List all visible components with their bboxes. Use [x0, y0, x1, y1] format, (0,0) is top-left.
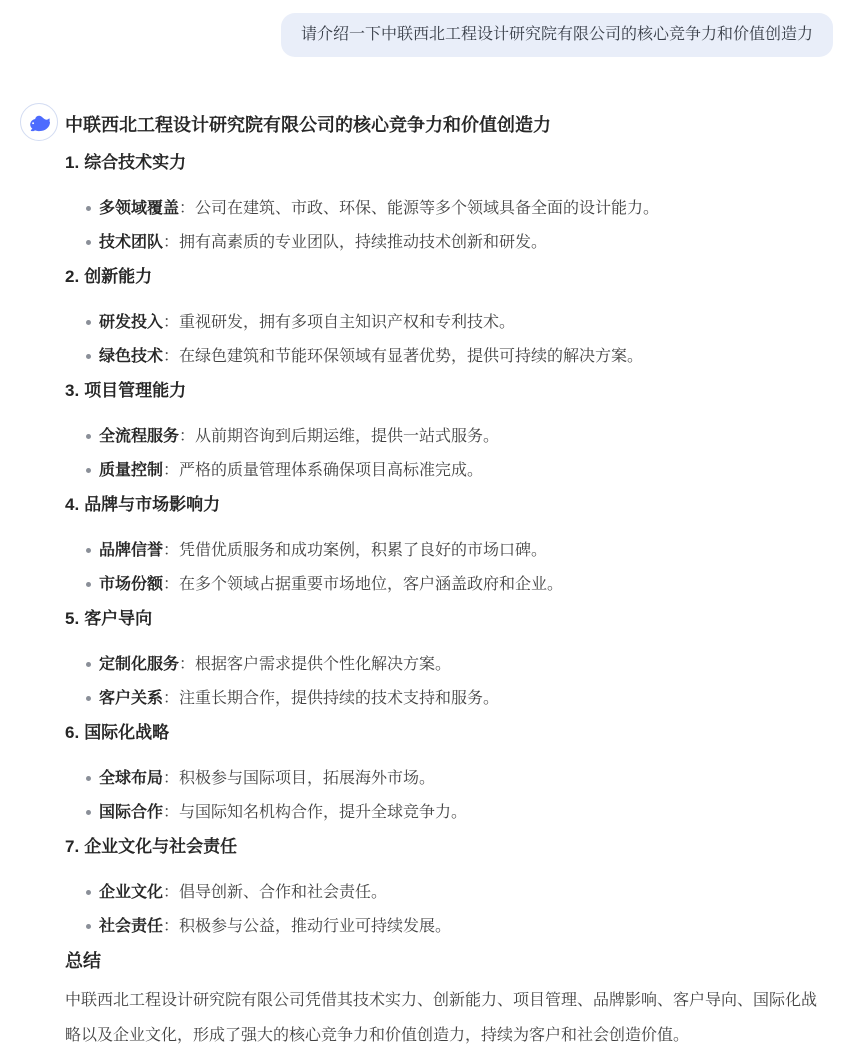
section-number: 2. — [65, 267, 79, 286]
section-heading-text: 客户导向 — [84, 609, 152, 628]
item-term: 多领域覆盖 — [99, 200, 179, 217]
assistant-message-row: 中联西北工程设计研究院有限公司的核心竞争力和价值创造力 1.综合技术实力 多领域… — [0, 103, 851, 1053]
section-heading: 3.项目管理能力 — [65, 381, 823, 400]
response-section: 5.客户导向 定制化服务：根据客户需求提供个性化解决方案。 客户关系：注重长期合… — [65, 609, 823, 708]
item-desc: ：根据客户需求提供个性化解决方案。 — [179, 656, 451, 673]
section-number: 4. — [65, 495, 79, 514]
section-number: 3. — [65, 381, 79, 400]
section-heading-text: 企业文化与社会责任 — [84, 837, 237, 856]
item-term: 市场份额 — [99, 576, 163, 593]
bullet-list: 多领域覆盖：公司在建筑、市政、环保、能源等多个领域具备全面的设计能力。 技术团队… — [65, 199, 823, 252]
item-term: 定制化服务 — [99, 656, 179, 673]
item-term: 全流程服务 — [99, 428, 179, 445]
section-heading: 2.创新能力 — [65, 267, 823, 286]
response-section: 6.国际化战略 全球布局：积极参与国际项目，拓展海外市场。 国际合作：与国际知名… — [65, 723, 823, 822]
list-item: 客户关系：注重长期合作，提供持续的技术支持和服务。 — [65, 689, 823, 708]
item-term: 社会责任 — [99, 918, 163, 935]
section-heading-text: 国际化战略 — [84, 723, 169, 742]
item-desc: ：拥有高素质的专业团队，持续推动技术创新和研发。 — [163, 234, 547, 251]
bullet-list: 企业文化：倡导创新、合作和社会责任。 社会责任：积极参与公益，推动行业可持续发展… — [65, 883, 823, 936]
list-item: 社会责任：积极参与公益，推动行业可持续发展。 — [65, 917, 823, 936]
list-item: 定制化服务：根据客户需求提供个性化解决方案。 — [65, 655, 823, 674]
response-section: 1.综合技术实力 多领域覆盖：公司在建筑、市政、环保、能源等多个领域具备全面的设… — [65, 153, 823, 252]
list-item: 质量控制：严格的质量管理体系确保项目高标准完成。 — [65, 461, 823, 480]
item-desc: ：积极参与公益，推动行业可持续发展。 — [163, 918, 451, 935]
section-heading: 1.综合技术实力 — [65, 153, 823, 172]
item-term: 质量控制 — [99, 462, 163, 479]
user-message-text: 请介绍一下中联西北工程设计研究院有限公司的核心竞争力和价值创造力 — [301, 26, 813, 43]
list-item: 品牌信誉：凭借优质服务和成功案例，积累了良好的市场口碑。 — [65, 541, 823, 560]
item-term: 国际合作 — [99, 804, 163, 821]
item-desc: ：从前期咨询到后期运维，提供一站式服务。 — [179, 428, 499, 445]
item-term: 全球布局 — [99, 770, 163, 787]
summary-paragraph: 中联西北工程设计研究院有限公司凭借其技术实力、创新能力、项目管理、品牌影响、客户… — [65, 983, 823, 1053]
bullet-list: 全球布局：积极参与国际项目，拓展海外市场。 国际合作：与国际知名机构合作，提升全… — [65, 769, 823, 822]
section-number: 1. — [65, 153, 79, 172]
assistant-avatar — [20, 103, 58, 141]
bullet-list: 研发投入：重视研发，拥有多项自主知识产权和专利技术。 绿色技术：在绿色建筑和节能… — [65, 313, 823, 366]
item-desc: ：严格的质量管理体系确保项目高标准完成。 — [163, 462, 483, 479]
item-term: 品牌信誉 — [99, 542, 163, 559]
section-heading-text: 项目管理能力 — [84, 381, 186, 400]
user-message-row: 请介绍一下中联西北工程设计研究院有限公司的核心竞争力和价值创造力 — [0, 0, 851, 57]
item-desc: ：与国际知名机构合作，提升全球竞争力。 — [163, 804, 467, 821]
bullet-list: 品牌信誉：凭借优质服务和成功案例，积累了良好的市场口碑。 市场份额：在多个领域占… — [65, 541, 823, 594]
item-desc: ：公司在建筑、市政、环保、能源等多个领域具备全面的设计能力。 — [179, 200, 659, 217]
section-number: 6. — [65, 723, 79, 742]
list-item: 企业文化：倡导创新、合作和社会责任。 — [65, 883, 823, 902]
section-heading-text: 品牌与市场影响力 — [84, 495, 220, 514]
item-desc: ：凭借优质服务和成功案例，积累了良好的市场口碑。 — [163, 542, 547, 559]
item-desc: ：倡导创新、合作和社会责任。 — [163, 884, 387, 901]
item-term: 绿色技术 — [99, 348, 163, 365]
assistant-message-content: 中联西北工程设计研究院有限公司的核心竞争力和价值创造力 1.综合技术实力 多领域… — [65, 103, 823, 1053]
user-message-bubble: 请介绍一下中联西北工程设计研究院有限公司的核心竞争力和价值创造力 — [281, 13, 833, 57]
section-heading-text: 综合技术实力 — [84, 153, 186, 172]
chat-page: 请介绍一下中联西北工程设计研究院有限公司的核心竞争力和价值创造力 中联西北工程设… — [0, 0, 851, 1053]
section-number: 5. — [65, 609, 79, 628]
response-section: 2.创新能力 研发投入：重视研发，拥有多项自主知识产权和专利技术。 绿色技术：在… — [65, 267, 823, 366]
bullet-list: 全流程服务：从前期咨询到后期运维，提供一站式服务。 质量控制：严格的质量管理体系… — [65, 427, 823, 480]
response-section: 3.项目管理能力 全流程服务：从前期咨询到后期运维，提供一站式服务。 质量控制：… — [65, 381, 823, 480]
item-term: 企业文化 — [99, 884, 163, 901]
response-section: 4.品牌与市场影响力 品牌信誉：凭借优质服务和成功案例，积累了良好的市场口碑。 … — [65, 495, 823, 594]
item-desc: ：积极参与国际项目，拓展海外市场。 — [163, 770, 435, 787]
item-term: 客户关系 — [99, 690, 163, 707]
list-item: 绿色技术：在绿色建筑和节能环保领域有显著优势，提供可持续的解决方案。 — [65, 347, 823, 366]
list-item: 国际合作：与国际知名机构合作，提升全球竞争力。 — [65, 803, 823, 822]
list-item: 全球布局：积极参与国际项目，拓展海外市场。 — [65, 769, 823, 788]
response-section: 7.企业文化与社会责任 企业文化：倡导创新、合作和社会责任。 社会责任：积极参与… — [65, 837, 823, 936]
deepseek-whale-icon — [27, 110, 52, 135]
section-number: 7. — [65, 837, 79, 856]
bullet-list: 定制化服务：根据客户需求提供个性化解决方案。 客户关系：注重长期合作，提供持续的… — [65, 655, 823, 708]
list-item: 技术团队：拥有高素质的专业团队，持续推动技术创新和研发。 — [65, 233, 823, 252]
section-heading: 4.品牌与市场影响力 — [65, 495, 823, 514]
list-item: 多领域覆盖：公司在建筑、市政、环保、能源等多个领域具备全面的设计能力。 — [65, 199, 823, 218]
response-title: 中联西北工程设计研究院有限公司的核心竞争力和价值创造力 — [65, 115, 823, 136]
item-term: 技术团队 — [99, 234, 163, 251]
section-heading: 6.国际化战略 — [65, 723, 823, 742]
item-desc: ：重视研发，拥有多项自主知识产权和专利技术。 — [163, 314, 515, 331]
item-term: 研发投入 — [99, 314, 163, 331]
section-heading: 5.客户导向 — [65, 609, 823, 628]
section-heading-text: 创新能力 — [84, 267, 152, 286]
list-item: 市场份额：在多个领域占据重要市场地位，客户涵盖政府和企业。 — [65, 575, 823, 594]
section-heading: 7.企业文化与社会责任 — [65, 837, 823, 856]
item-desc: ：注重长期合作，提供持续的技术支持和服务。 — [163, 690, 499, 707]
list-item: 全流程服务：从前期咨询到后期运维，提供一站式服务。 — [65, 427, 823, 446]
item-desc: ：在绿色建筑和节能环保领域有显著优势，提供可持续的解决方案。 — [163, 348, 643, 365]
list-item: 研发投入：重视研发，拥有多项自主知识产权和专利技术。 — [65, 313, 823, 332]
item-desc: ：在多个领域占据重要市场地位，客户涵盖政府和企业。 — [163, 576, 563, 593]
summary-heading: 总结 — [65, 951, 823, 971]
